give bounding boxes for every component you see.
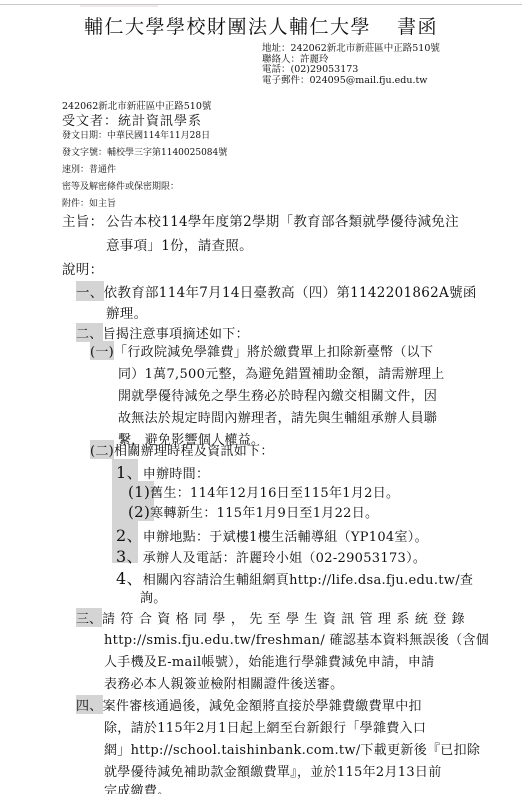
item-3: 三、請符合資格同學，先至學生資訊管理系統登錄 bbox=[76, 608, 470, 627]
issue-number: 發文字號：輔校學三字第1140025084號 bbox=[62, 145, 227, 158]
subject-line-2: 意事項」1份，請查照。 bbox=[106, 234, 253, 254]
point-2-line-1: 申辦地點：于斌樓1樓生活輔導組（YP104室）。 bbox=[143, 530, 428, 545]
item-4: 四、案件審核通過後，減免金額將直接於學雜費繳費單中扣 bbox=[76, 695, 422, 714]
item-3-marker: 三、 bbox=[76, 608, 102, 627]
item-2: 二、旨揭注意事項摘述如下： bbox=[76, 323, 249, 342]
item-4-line-4: 就學優待減免補助款金額繳費單』，並於115年2月13日前 bbox=[104, 761, 442, 780]
item-3-line-3: 人手機及E-mail帳號），始能進行學雜費減免申請，申請 bbox=[104, 651, 434, 670]
attachment: 附件：如主旨 bbox=[62, 196, 116, 209]
item-3-line-2: http://smis.fju.edu.tw/freshman/ 確認基本資料無… bbox=[104, 629, 489, 648]
point-1-marker: 1、 bbox=[116, 463, 143, 482]
subitem-2-2-marker: (二) bbox=[90, 440, 114, 459]
subitem-2-1-line-1: 「行政院減免學雜費」將於繳費單上扣除新臺幣（以下 bbox=[114, 345, 433, 360]
top-border-line bbox=[0, 4, 522, 5]
document-title: 輔仁大學學校財團法人輔仁大學書函 bbox=[0, 12, 522, 39]
subpoint-1-text: 舊生：114年12月16日至115年1月2日。 bbox=[150, 486, 399, 501]
subitem-2-1-line-4: 故無法於規定時間內辦理者，請先與生輔組承辦人員聯 bbox=[118, 407, 437, 426]
point-4-line-1: 相關內容請洽生輔組網頁http://life.dsa.fju.edu.tw/查 bbox=[143, 573, 473, 588]
subitem-2-1-line-2: 同）1萬7,500元整，為避免錯置補助金額，請需辦理上 bbox=[118, 363, 445, 382]
top-tab-highlight bbox=[80, 5, 158, 7]
subpoint-2-marker: (2) bbox=[128, 503, 150, 521]
subitem-2-2-line-1: 相關辦理時程及資訊如下： bbox=[114, 444, 274, 459]
item-1-line-2: 辦理。 bbox=[106, 302, 147, 322]
item-4-marker: 四、 bbox=[76, 695, 103, 714]
subpoint-1-marker: (1) bbox=[128, 483, 150, 501]
point-1: 1、申辦時間： bbox=[116, 460, 209, 483]
doc-type: 書函 bbox=[397, 16, 438, 38]
speed-class: 速別：普通件 bbox=[62, 162, 116, 175]
explanation-label: 說明： bbox=[62, 258, 103, 278]
subpoint-1: (1)舊生：114年12月16日至115年1月2日。 bbox=[128, 482, 399, 501]
point-2: 2、申辦地點：于斌樓1樓生活輔導組（YP104室）。 bbox=[116, 523, 428, 546]
sender-phone: 電話：(02)29053173 bbox=[262, 65, 440, 76]
item-1: 一、依教育部114年7月14日臺教高（四）第1142201862A號函 bbox=[76, 281, 477, 301]
subpoint-2-text: 寒轉新生：115年1月9日至1月22日。 bbox=[150, 506, 378, 521]
item-4-line-5: 完成繳費。 bbox=[104, 780, 171, 794]
item-4-line-1: 案件審核通過後，減免金額將直接於學雜費繳費單中扣 bbox=[103, 699, 422, 714]
point-1-line-1: 申辦時間： bbox=[143, 467, 210, 482]
subitem-2-2: (二)相關辦理時程及資訊如下： bbox=[90, 440, 274, 459]
subject-label: 主旨： bbox=[62, 210, 103, 230]
item-1-marker: 一、 bbox=[76, 281, 104, 301]
org-title: 輔仁大學學校財團法人輔仁大學 bbox=[84, 16, 371, 38]
issue-date: 發文日期：中華民國114年11月28日 bbox=[62, 128, 210, 141]
item-3-line-4: 表務必本人親簽並檢附相關證件後送審。 bbox=[104, 673, 343, 692]
recipient-name: 受文者：統計資訊學系 bbox=[62, 110, 202, 129]
item-2-line-1: 旨揭注意事項摘述如下： bbox=[103, 327, 249, 342]
subject-line-1: 公告本校114學年度第2學期「教育部各類就學優待減免注 bbox=[106, 210, 459, 230]
classification: 密等及解密條件或保密期限： bbox=[62, 179, 179, 192]
point-3-line-1: 承辦人及電話：許麗玲小姐（02-29053173）。 bbox=[143, 551, 426, 566]
point-3: 3、承辦人及電話：許麗玲小姐（02-29053173）。 bbox=[116, 544, 426, 567]
point-4-marker: 4、 bbox=[116, 569, 143, 588]
point-4: 4、相關內容請洽生輔組網頁http://life.dsa.fju.edu.tw/… bbox=[116, 566, 473, 589]
point-3-marker: 3、 bbox=[116, 547, 143, 566]
subitem-2-1-marker: (一) bbox=[90, 341, 114, 360]
item-4-line-3: 網」http://school.taishinbank.com.tw/下載更新後… bbox=[104, 739, 480, 758]
item-4-line-2: 除，請於115年2月1日起上網至台新銀行「學雜費入口 bbox=[104, 717, 426, 736]
subpoint-2: (2)寒轉新生：115年1月9日至1月22日。 bbox=[128, 502, 378, 521]
point-4-line-2: 詢。 bbox=[140, 587, 167, 606]
sender-address: 地址：242062新北市新莊區中正路510號 bbox=[262, 44, 440, 55]
item-1-line-1: 依教育部114年7月14日臺教高（四）第1142201862A號函 bbox=[104, 285, 477, 301]
item-3-line-1: 請符合資格同學，先至學生資訊管理系統登錄 bbox=[102, 612, 470, 627]
sender-info: 地址：242062新北市新莊區中正路510號 聯絡人：許麗玲 電話：(02)29… bbox=[262, 44, 440, 86]
item-2-marker: 二、 bbox=[76, 323, 103, 342]
point-2-marker: 2、 bbox=[116, 526, 143, 545]
subitem-2-1-line-3: 開就學優待減免之學生務必於時程內繳交相關文件，因 bbox=[118, 385, 437, 404]
sender-email: 電子郵件：024095@mail.fju.edu.tw bbox=[262, 76, 440, 87]
subitem-2-1: (一)「行政院減免學雜費」將於繳費單上扣除新臺幣（以下 bbox=[90, 341, 433, 360]
